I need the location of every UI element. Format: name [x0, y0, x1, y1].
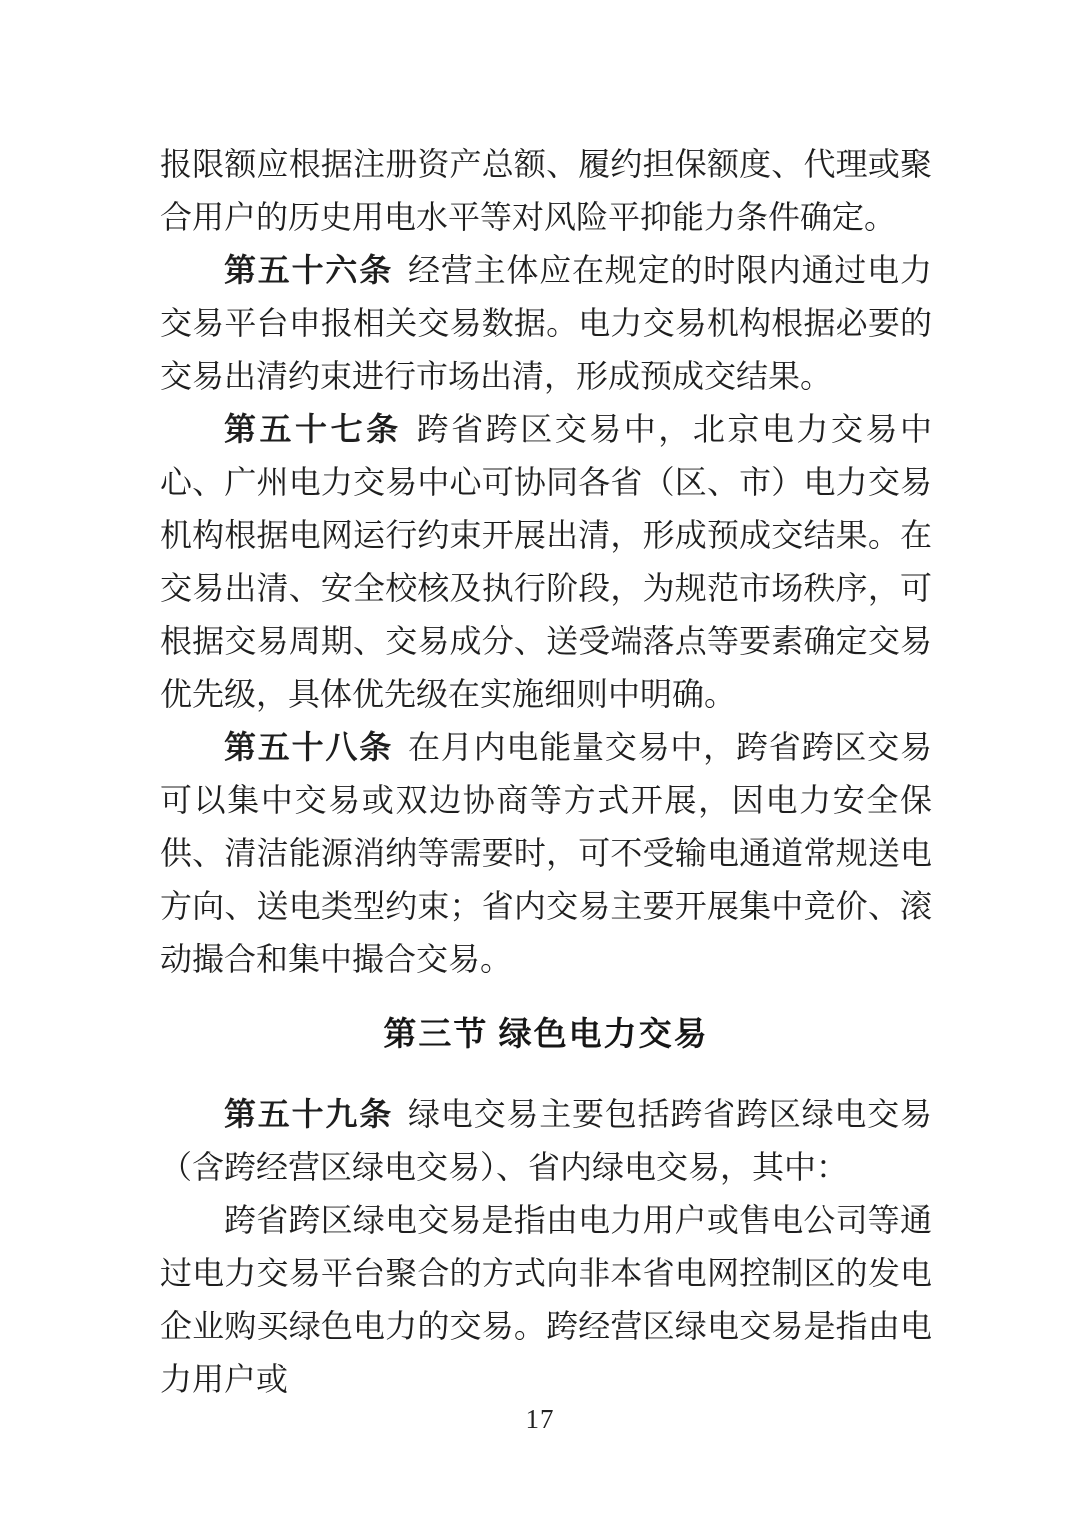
article-number-label: 第五十八条: [224, 729, 393, 765]
paragraph-continuation: 报限额应根据注册资产总额、履约担保额度、代理或聚合用户的历史用电水平等对风险平抑…: [160, 138, 932, 244]
paragraph-body: 跨省跨区绿电交易是指由电力用户或售电公司等通过电力交易平台聚合的方式向非本省电网…: [160, 1194, 932, 1406]
paragraph-article-57: 第五十七条跨省跨区交易中，北京电力交易中心、广州电力交易中心可协同各省（区、市）…: [160, 403, 932, 721]
article-body-text: 在月内电能量交易中，跨省跨区交易可以集中交易或双边协商等方式开展，因电力安全保供…: [160, 729, 932, 977]
paragraph-article-58: 第五十八条在月内电能量交易中，跨省跨区交易可以集中交易或双边协商等方式开展，因电…: [160, 721, 932, 986]
paragraph-article-59: 第五十九条绿电交易主要包括跨省跨区绿电交易（含跨经营区绿电交易）、省内绿电交易，…: [160, 1088, 932, 1194]
article-number-label: 第五十六条: [224, 252, 393, 288]
page-footer: 17: [0, 1404, 1080, 1435]
page-number: 17: [526, 1404, 555, 1434]
document-page: 报限额应根据注册资产总额、履约担保额度、代理或聚合用户的历史用电水平等对风险平抑…: [0, 0, 1080, 1528]
document-content: 报限额应根据注册资产总额、履约担保额度、代理或聚合用户的历史用电水平等对风险平抑…: [160, 138, 932, 1406]
paragraph-article-56: 第五十六条经营主体应在规定的时限内通过电力交易平台申报相关交易数据。电力交易机构…: [160, 244, 932, 403]
section-heading: 第三节 绿色电力交易: [160, 1009, 932, 1062]
article-number-label: 第五十七条: [224, 411, 402, 447]
article-body-text: 跨省跨区交易中，北京电力交易中心、广州电力交易中心可协同各省（区、市）电力交易机…: [160, 411, 932, 712]
article-number-label: 第五十九条: [224, 1096, 393, 1132]
